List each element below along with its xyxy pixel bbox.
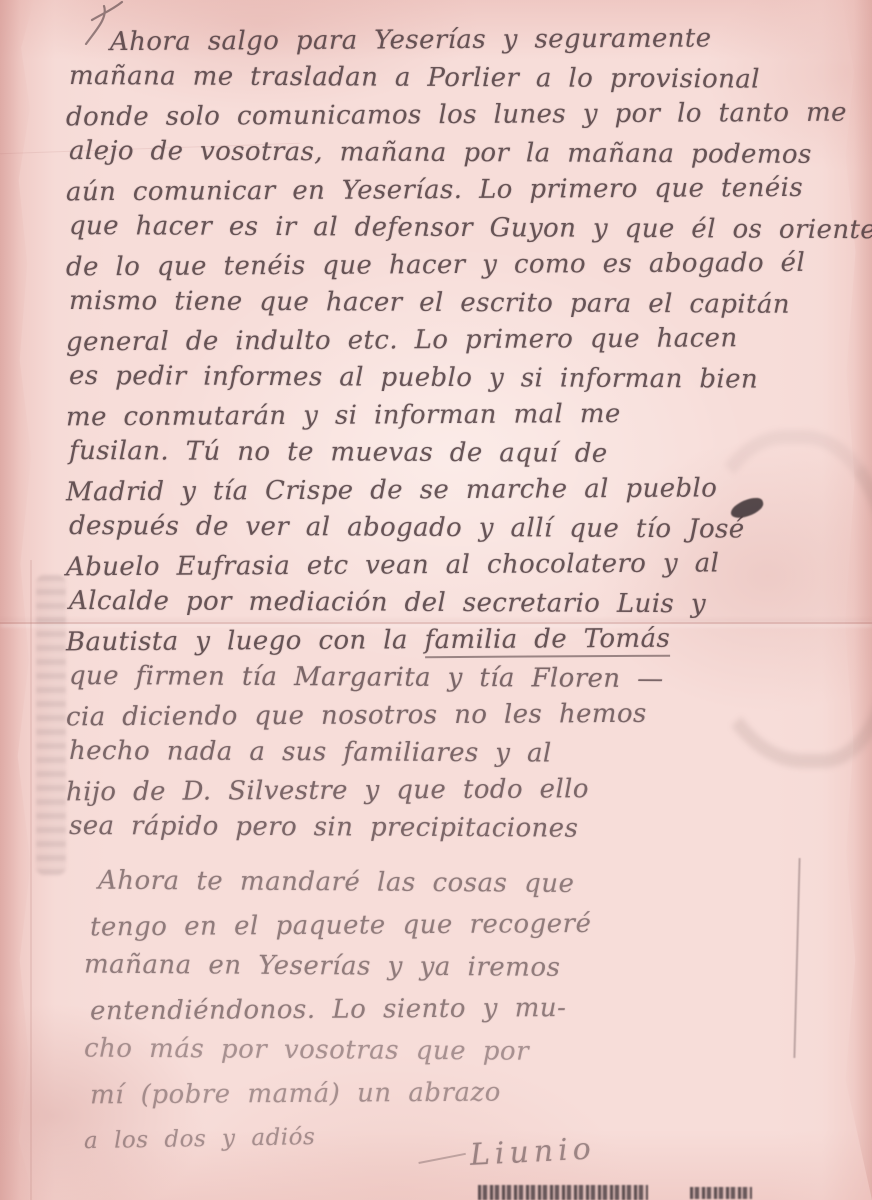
letter-line: Abuelo Eufrasia etc vean al chocolatero … (66, 545, 846, 587)
scanned-letter-page: Ahora salgo para Yeserías y seguramente … (0, 0, 872, 1200)
underlined-phrase: familia de Tomás (424, 624, 670, 659)
letter-line: es pedir informes al pueblo y si informa… (69, 357, 849, 399)
signature-name: Liunio (469, 1131, 596, 1173)
letter-line: después de ver al abogado y allí que tío… (69, 507, 849, 549)
torn-edge-left (0, 0, 34, 1200)
letter-paragraph-1: Ahora salgo para Yeserías y seguramente … (66, 22, 846, 847)
letter-line: de lo que tenéis que hacer y como es abo… (66, 245, 846, 287)
letter-line: alejo de vosotras, mañana por la mañana … (69, 132, 849, 174)
letter-line: mañana me trasladan a Porlier a lo provi… (69, 57, 849, 99)
bleed-through-print (690, 1187, 752, 1199)
letter-line: hecho nada a sus familiares y al (69, 732, 849, 774)
letter-line: donde solo comunicamos los lunes y por l… (66, 95, 846, 137)
letter-line: entendiéndonos. Lo siento y mu- (90, 986, 790, 1033)
letter-line: que firmen tía Margarita y tía Floren — (69, 657, 849, 699)
letter-line: Ahora te mandaré las cosas que (84, 860, 784, 907)
signature-flourish (418, 1153, 465, 1164)
letter-line-underlined: Bautista y luego con la familia de Tomás (66, 620, 846, 662)
edge-smudge (36, 575, 66, 875)
letter-line: Ahora salgo para Yeserías y seguramente (66, 20, 846, 62)
letter-line: fusilan. Tú no te muevas de aquí de (69, 432, 849, 474)
letter-line: aún comunicar en Yeserías. Lo primero qu… (66, 170, 846, 212)
letter-line: cia diciendo que nosotros no les hemos (66, 695, 846, 737)
letter-line: me conmutarán y si informan mal me (66, 395, 846, 437)
letter-line: general de indulto etc. Lo primero que h… (66, 320, 846, 362)
letter-line: cho más por vosotras que por (84, 1028, 784, 1075)
letter-line: Alcalde por mediación del secretario Lui… (69, 582, 849, 624)
letter-line-text: Bautista y luego con la (66, 625, 425, 657)
letter-line: mañana en Yeserías y ya iremos (84, 944, 784, 991)
letter-line: tengo en el paquete que recogeré (90, 902, 790, 949)
letter-paragraph-2: Ahora te mandaré las cosas que tengo en … (84, 862, 784, 1156)
pencil-stroke-mark (793, 858, 800, 1058)
letter-line: hijo de D. Silvestre y que todo ello (66, 770, 846, 812)
letter-line: sea rápido pero sin precipitaciones (69, 807, 849, 849)
letter-line: que hacer es ir al defensor Guyon y que … (69, 207, 849, 249)
fold-crease-vertical (30, 560, 32, 1200)
bleed-through-print (478, 1185, 648, 1200)
letter-line: Madrid y tía Crispe de se marche al pueb… (66, 470, 846, 512)
letter-line: mismo tiene que hacer el escrito para el… (69, 282, 849, 324)
